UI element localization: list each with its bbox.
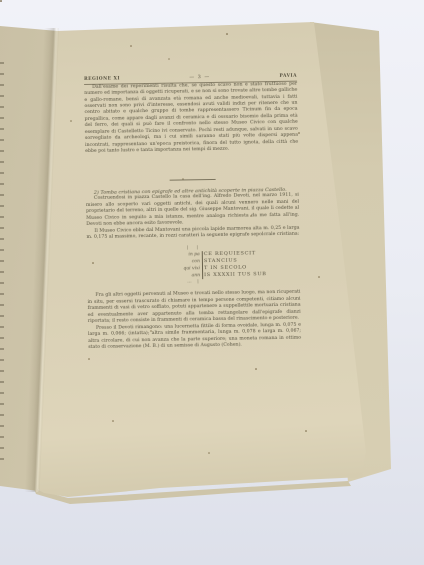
running-head-region: REGIONE XI <box>84 76 120 82</box>
page-number: — 3 — <box>189 75 210 80</box>
inscription-restored-text: ann <box>87 272 202 281</box>
photo-of-book-page: REGIONE XI — 3 — PAVIA Dall'esame dei re… <box>0 0 424 565</box>
intro-paragraph: Dall'esame dei reperimenti risulta che, … <box>84 81 298 155</box>
paper-foxing-specks <box>0 0 2 2</box>
facing-page-text-fragments <box>0 62 4 467</box>
paragraph-other-objects: Fra gli altri oggetti pervenuti al Museo… <box>87 290 300 326</box>
paragraph-lapide: Il Museo Civico ebbe dal Mantovani una p… <box>86 225 299 241</box>
inscription-block: | | in pa CE REQUIESCIT con STANCIUS qui… <box>87 244 301 286</box>
printed-text-block: REGIONE XI — 3 — PAVIA Dall'esame dei re… <box>84 74 301 352</box>
inscription-bottom-marks: … | <box>187 278 300 285</box>
paragraph-devoti-objects: Presso il Devoti rimangono: una lucernet… <box>88 322 301 351</box>
section-separator-rule <box>169 179 215 181</box>
running-head-city: PAVIA <box>280 74 298 79</box>
paragraph-discovery: Costruendosi in piazza Castello la casa … <box>86 193 299 229</box>
